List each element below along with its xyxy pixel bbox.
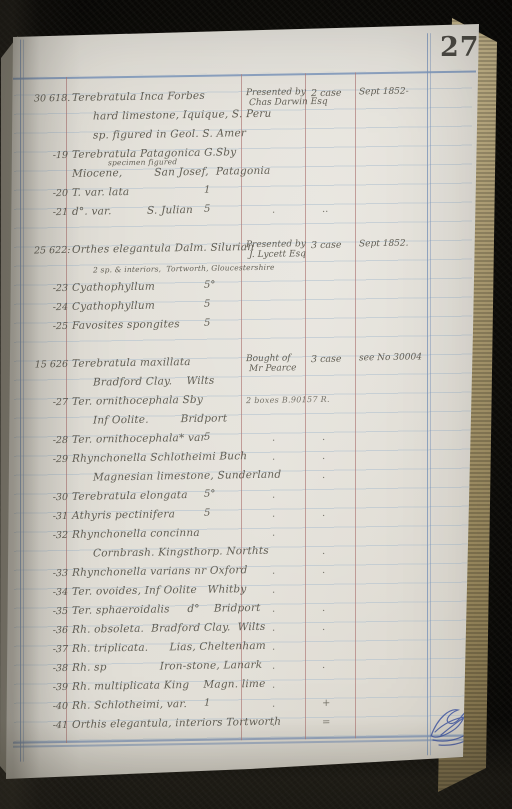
quantity: 5°: [204, 280, 215, 291]
row-number: -21: [34, 207, 68, 219]
ditto-mark-acquisition: .: [272, 509, 275, 520]
margin-rule-right-outer: [427, 33, 428, 755]
row-number: -36: [34, 625, 68, 637]
row-number: -31: [34, 511, 68, 523]
specimen-entry: Cyathophyllum: [72, 300, 155, 313]
ditto-mark-case: .: [322, 451, 325, 462]
specimen-entry: T. var. lata: [72, 186, 129, 199]
quantity: 5: [204, 299, 210, 310]
margin-rule-right-inner: [430, 33, 431, 755]
row-number: -32: [34, 530, 68, 542]
ditto-mark-case: .: [322, 660, 325, 671]
specimen-entry: Athyris pectinifera: [72, 508, 175, 522]
quantity: 1: [204, 185, 210, 196]
case-entry: 3 case: [311, 354, 342, 365]
row-number: 15 626: [34, 359, 68, 371]
specimen-entry: Terebratula elongata: [72, 489, 188, 503]
margin-rule-left-outer: [20, 40, 21, 762]
row-number: -33: [34, 568, 68, 580]
row-number: 25 622:: [34, 245, 68, 257]
row-number: -39: [34, 682, 68, 694]
specimen-entry: Rh. Schlotheimi, var.: [72, 698, 187, 712]
annotation-note: 2 boxes B.90157 R.: [246, 395, 330, 405]
row-number: -25: [34, 321, 68, 333]
row-number: -30: [34, 492, 68, 504]
ditto-mark-acquisition: .: [272, 642, 275, 653]
scanned-register-photo: 30 618.Terebratula Inca ForbesPresented …: [0, 0, 512, 809]
ditto-mark-acquisition: .: [272, 661, 275, 672]
ditto-mark-acquisition: .: [272, 452, 275, 463]
row-number: -35: [34, 606, 68, 618]
date-entry: Sept 1852.: [359, 239, 409, 250]
specimen-entry: Cyathophyllum: [72, 281, 155, 294]
specimen-entry: Rhynchonella concinna: [72, 527, 200, 541]
column-rule-case-end: [355, 72, 356, 738]
row-number: -20: [34, 188, 68, 200]
ditto-mark-case: +: [322, 698, 330, 709]
specimen-entry: Ter. ornithocephala* var: [72, 432, 206, 446]
row-number: -34: [34, 587, 68, 599]
ditto-mark-acquisition: .: [272, 528, 275, 539]
ditto-mark-case: ..: [322, 204, 328, 215]
column-rule-acq-end: [305, 73, 306, 739]
specimen-entry: Favosites spongites: [72, 318, 180, 332]
ditto-mark-case: =: [322, 717, 330, 728]
ditto-mark-acquisition: .: [272, 585, 275, 596]
specimen-entry: Bradford Clay. Wilts: [93, 375, 214, 389]
row-number: -29: [34, 454, 68, 466]
ditto-mark-acquisition: .: [272, 566, 275, 577]
specimen-entry: Terebratula Inca Forbes: [72, 90, 205, 104]
ditto-mark-case: .: [322, 470, 325, 481]
row-number: -41: [34, 720, 68, 732]
quantity: 5: [204, 204, 210, 215]
row-number: -37: [34, 644, 68, 656]
ditto-mark-case: .: [322, 432, 325, 443]
specimen-entry: Inf Oolite. Bridport: [93, 412, 227, 426]
ditto-mark-acquisition: .: [272, 490, 275, 501]
case-entry: 2 case: [311, 88, 342, 99]
acquisition-entry-line2: J. Lycett Esq: [249, 249, 306, 260]
row-number: -40: [34, 701, 68, 713]
ditto-mark-acquisition: .: [272, 623, 275, 634]
acquisition-entry-line2: Mr Pearce: [249, 363, 296, 374]
quantity: 5: [204, 318, 210, 329]
date-entry: see No 30004: [359, 352, 422, 363]
specimen-entry: d°. var. S. Julian: [72, 204, 193, 218]
quantity: 5: [204, 432, 210, 443]
ditto-mark-case: .: [322, 622, 325, 633]
quantity: 1: [204, 698, 210, 709]
date-entry: Sept 1852-: [359, 87, 409, 98]
ditto-mark-case: .: [322, 565, 325, 576]
specimen-entry: Terebratula maxillata: [72, 356, 191, 370]
ditto-mark-acquisition: .: [272, 699, 275, 710]
ditto-mark-case: .: [322, 603, 325, 614]
ditto-mark-case: .: [322, 546, 325, 557]
margin-rule-left-inner: [23, 40, 24, 762]
row-number: -38: [34, 663, 68, 675]
row-number: -28: [34, 435, 68, 447]
ditto-mark-case: .: [322, 508, 325, 519]
quantity: 5: [204, 508, 210, 519]
register-page: 30 618.Terebratula Inca ForbesPresented …: [0, 0, 512, 809]
row-number: -19: [34, 150, 68, 162]
ditto-mark-acquisition: .: [272, 205, 275, 216]
quantity: 5°: [204, 489, 215, 500]
specimen-entry: sp. figured in Geol. S. Amer: [93, 127, 246, 141]
page-number: 27: [440, 32, 480, 63]
row-number: -23: [34, 283, 68, 295]
ditto-mark-acquisition: .: [272, 718, 275, 729]
row-number: -27: [34, 397, 68, 409]
row-number: 30 618.: [34, 93, 68, 105]
specimen-entry: Ter. ornithocephala Sby: [72, 394, 203, 408]
ditto-mark-acquisition: .: [272, 604, 275, 615]
ditto-mark-acquisition: .: [272, 680, 275, 691]
row-number: -24: [34, 302, 68, 314]
ruled-content-area: 30 618.Terebratula Inca ForbesPresented …: [0, 0, 512, 809]
ditto-mark-acquisition: .: [272, 433, 275, 444]
case-entry: 3 case: [311, 240, 342, 251]
